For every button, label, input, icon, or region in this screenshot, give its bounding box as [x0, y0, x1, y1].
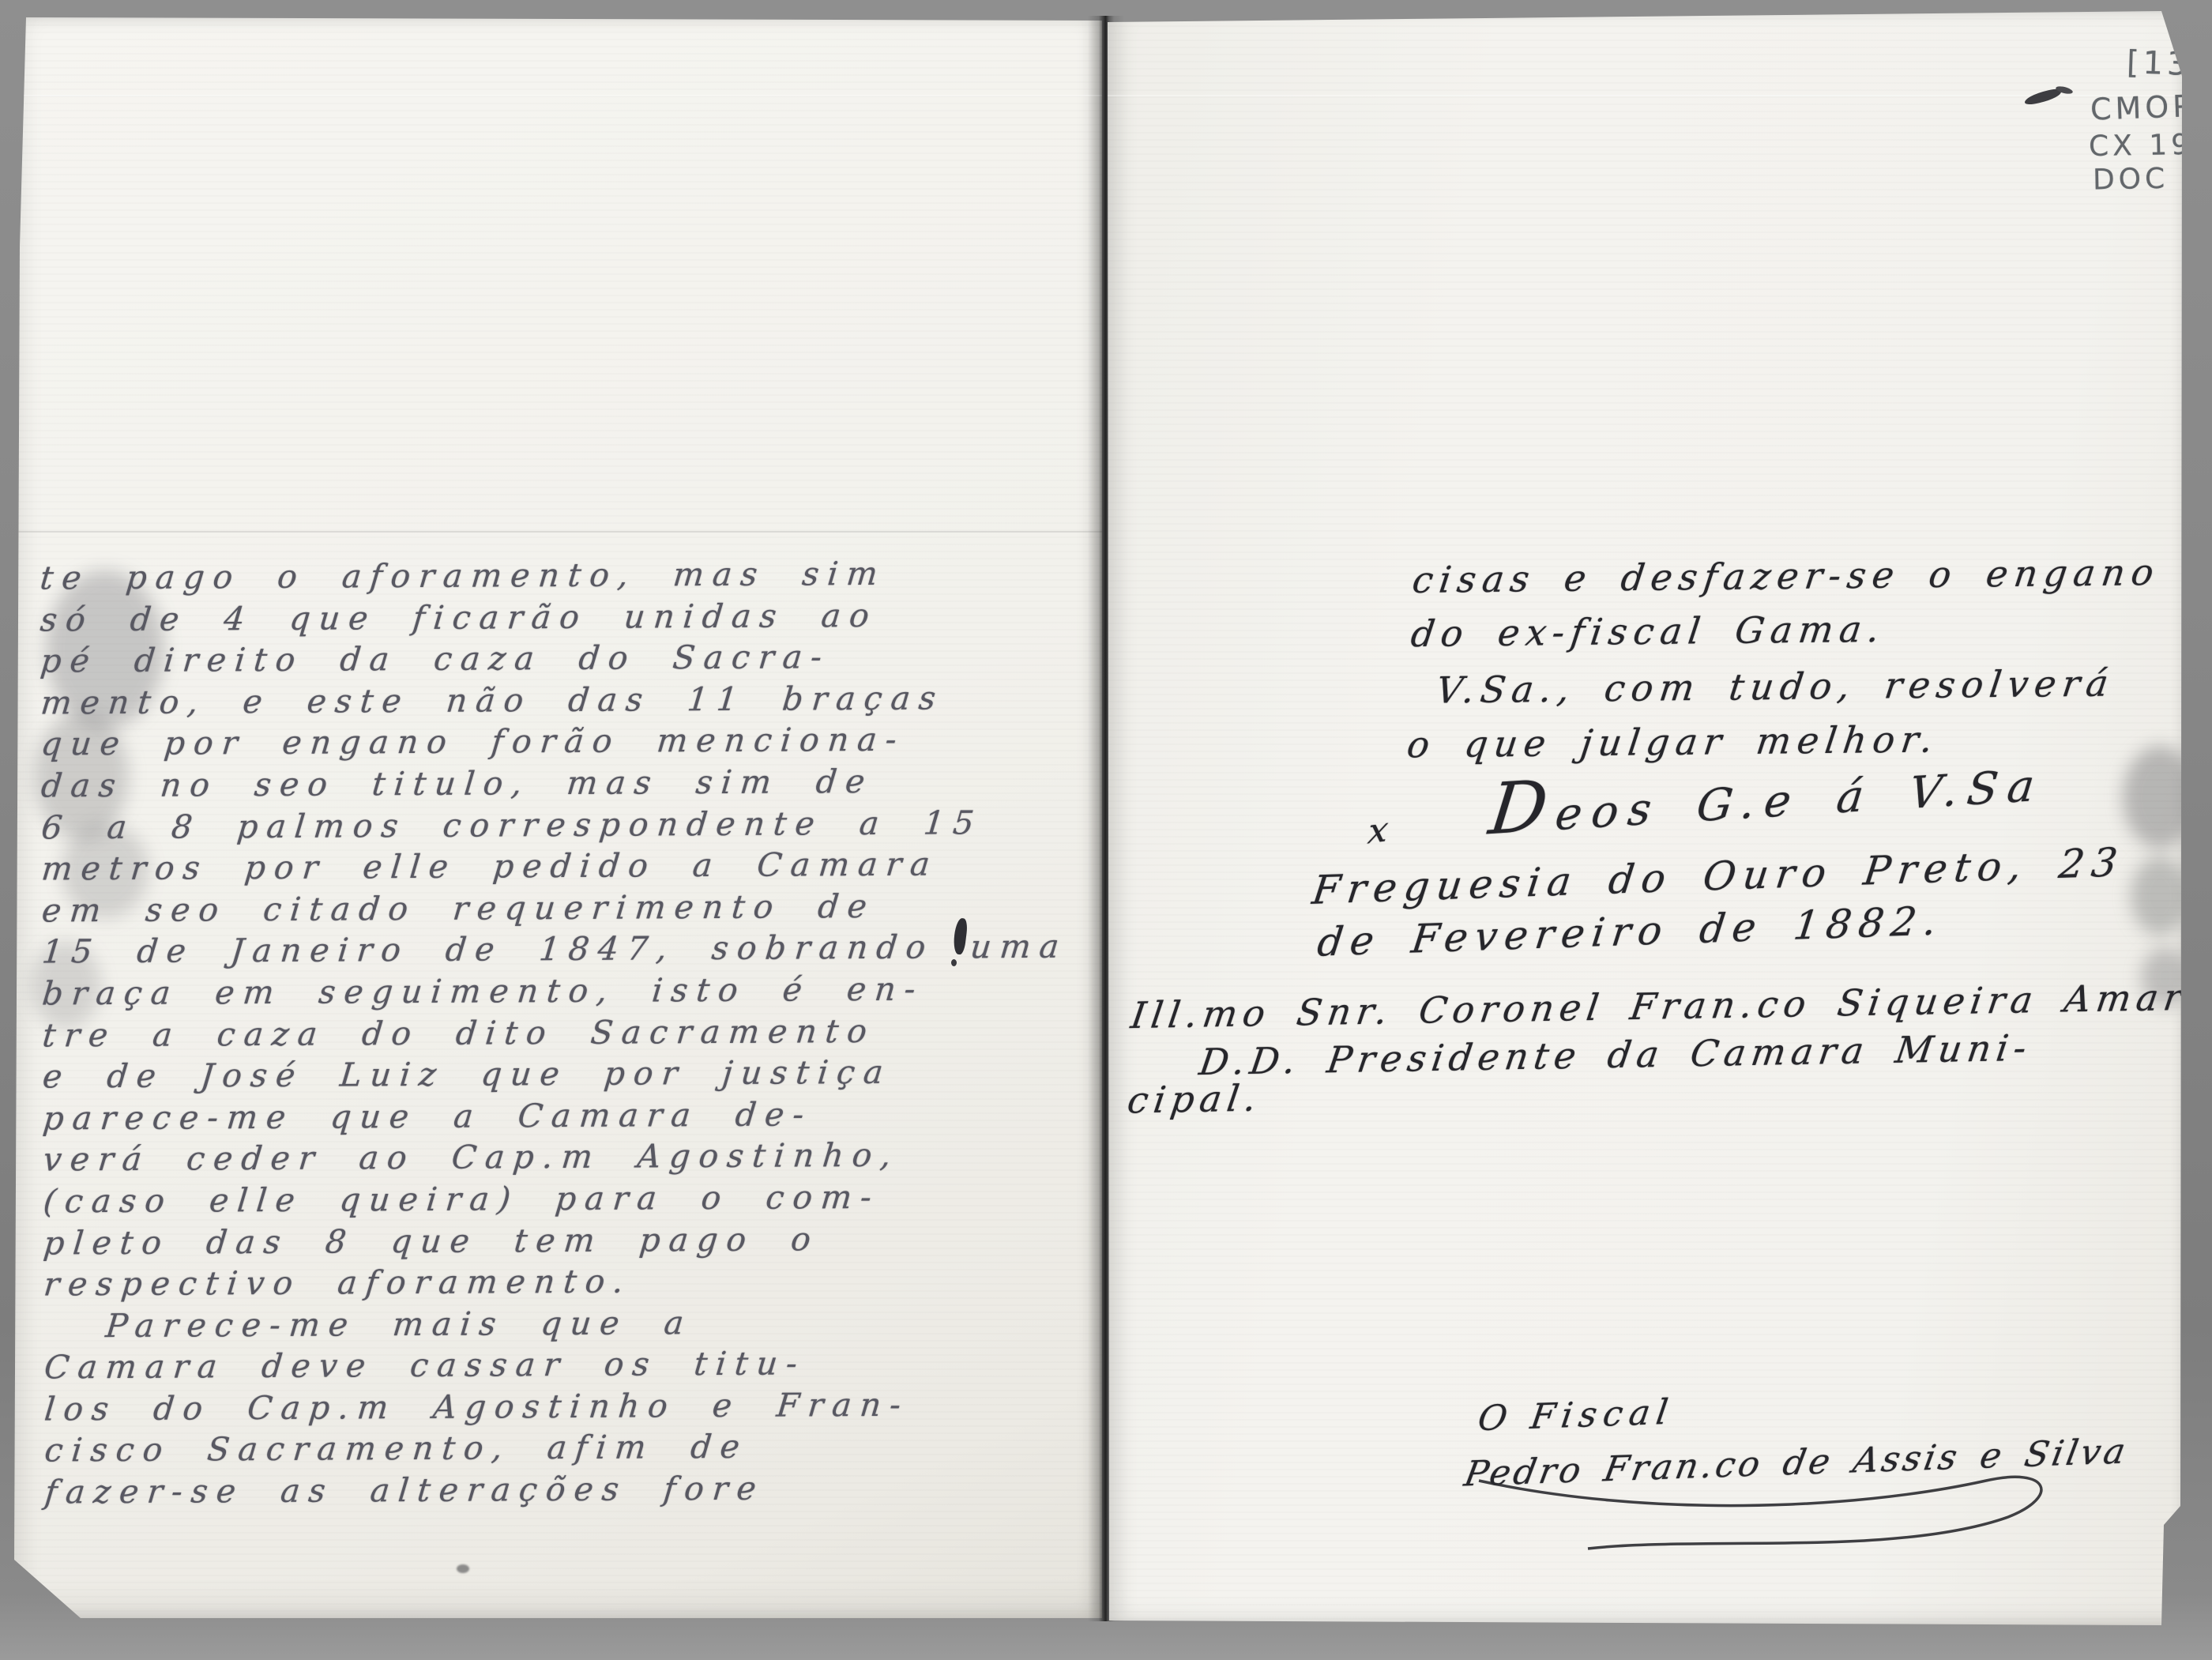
- stain: [2123, 746, 2186, 849]
- dateline-place: Freguesia do Ouro Preto, 23: [1310, 839, 2127, 913]
- manuscript-line: (caso elle queira) para o com-: [41, 1175, 1096, 1222]
- manuscript-line: 6 a 8 palmos correspondente a 15: [39, 801, 1094, 849]
- signature-flourish-graphic: [1455, 1432, 2095, 1570]
- addressee-line: D.D. Presidente da Camara Muni-: [1197, 1026, 2035, 1083]
- manuscript-line: pleto das 8 que tem pago o: [42, 1217, 1097, 1264]
- ink-speck: [457, 1564, 469, 1573]
- manuscript-line: braça em seguimento, isto é en-: [40, 967, 1095, 1014]
- manuscript-line: e de José Luiz que por justiça: [41, 1051, 1096, 1098]
- manuscript-line: em seo citado requerimento de: [40, 884, 1095, 932]
- right-page: [13] CMOP14 CX 19 DOC 40 cisas e desfaze…: [1108, 11, 2186, 1625]
- manuscript-line: tre a caza do dito Sacramento: [40, 1009, 1095, 1056]
- folio-number: [13]: [2126, 44, 2186, 84]
- manuscript-line: só de 4 que ficarão unidas ao: [39, 593, 1093, 641]
- left-page: te pago o aforamento, mas sim só de 4 qu…: [14, 17, 1102, 1618]
- manuscript-line: pé direito da caza do Sacra-: [39, 635, 1093, 683]
- manuscript-line: te pago o aforamento, mas sim: [38, 552, 1093, 600]
- stain: [2131, 856, 2186, 935]
- doc-code: DOC 40: [2093, 162, 2186, 197]
- fold-crease: [14, 531, 1102, 533]
- manuscript-line: 15 de Janeiro de 1847, sobrando uma: [40, 926, 1095, 973]
- manuscript-line: que por engano forão menciona-: [39, 718, 1093, 766]
- manuscript-line: verá ceder ao Cap.m Agostinho,: [41, 1134, 1096, 1181]
- manuscript-line: los do Cap.m Agostinho e Fran-: [43, 1383, 1097, 1430]
- ink-mark-tail: [2055, 85, 2073, 96]
- box-code: CX 19: [2089, 129, 2186, 163]
- manuscript-line: metros por elle pedido a Camara: [39, 843, 1094, 890]
- collection-code: CMOP14: [2090, 88, 2186, 126]
- manuscript-line: cisco Sacramento, afim de: [43, 1425, 1097, 1472]
- manuscript-line: Camara deve cassar os titu-: [43, 1342, 1097, 1389]
- addressee-line: cipal.: [1125, 1077, 1265, 1122]
- manuscript-line: V.Sa., com tudo, resolverá: [1434, 662, 2117, 712]
- manuscript-line: mento, e este não das 11 braças: [39, 676, 1093, 724]
- manuscript-line: das no seo titulo, mas sim de: [39, 759, 1094, 807]
- flourish-mark: x: [1366, 810, 1390, 853]
- manuscript-line: fazer-se as alterações fore: [43, 1466, 1097, 1514]
- manuscript-line: cisas e desfazer-se o engano: [1410, 551, 2162, 601]
- manuscript-line: Parece-me mais que a: [103, 1300, 1097, 1346]
- scan-streak: [14, 95, 1102, 96]
- scanned-manuscript: { "scan": { "background_color": "#858585…: [0, 0, 2212, 1660]
- manuscript-line: parece-me que a Camara de-: [41, 1092, 1096, 1139]
- manuscript-line: do ex-fiscal Gama.: [1409, 608, 1888, 655]
- scan-streak: [1108, 95, 2186, 96]
- collection-code-text: CMOP: [2090, 88, 2186, 127]
- left-page-text-block: te pago o aforamento, mas sim só de 4 qu…: [40, 552, 1096, 1514]
- manuscript-line: respectivo aforamento.: [42, 1259, 1097, 1306]
- ink-mark: [2023, 88, 2063, 106]
